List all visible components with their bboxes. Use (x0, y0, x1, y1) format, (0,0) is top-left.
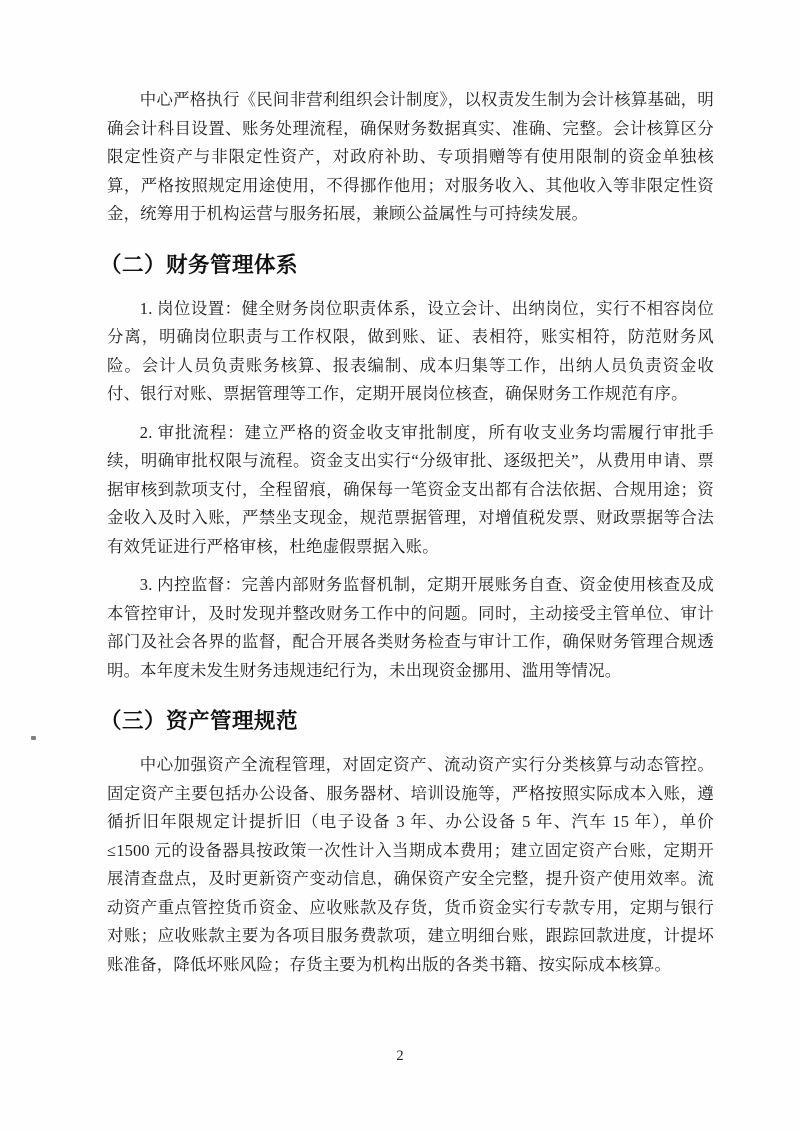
document-content: 中心严格执行《民间非营利组织会计制度》，以权责发生制为会计核算基础，明确会计科目… (107, 86, 714, 989)
page-number: 2 (0, 1048, 800, 1065)
paragraph-intro: 中心严格执行《民间非营利组织会计制度》，以权责发生制为会计核算基础，明确会计科目… (107, 86, 714, 229)
paragraph-approval-process: 2. 审批流程：建立严格的资金收支审批制度，所有收支业务均需履行审批手续，明确审… (107, 419, 714, 562)
document-page: 中心严格执行《民间非营利组织会计制度》，以权责发生制为会计核算基础，明确会计科目… (0, 0, 800, 1131)
section-heading-asset-management: （三）资产管理规范 (100, 705, 714, 737)
paragraph-asset-management: 中心加强资产全流程管理，对固定资产、流动资产实行分类核算与动态管控。固定资产主要… (107, 751, 714, 979)
paragraph-post-setup: 1. 岗位设置：健全财务岗位职责体系，设立会计、出纳岗位，实行不相容岗位分离，明… (107, 295, 714, 409)
section-heading-finance-management: （二）财务管理体系 (100, 249, 714, 281)
scan-artifact-speck (31, 736, 36, 740)
paragraph-internal-control: 3. 内控监督：完善内部财务监督机制，定期开展账务自查、资金使用核查及成本管控审… (107, 571, 714, 685)
